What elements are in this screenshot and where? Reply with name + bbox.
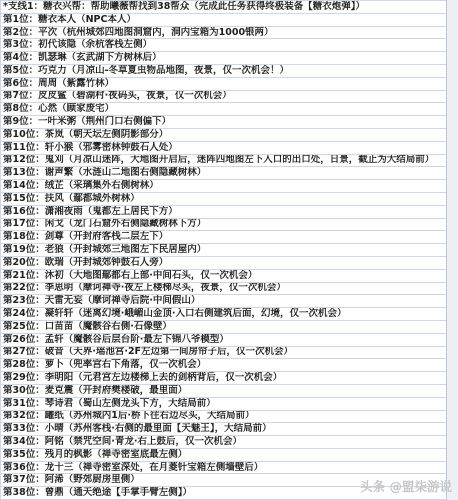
table-row: 第33位：小晴（苏州客栈·右侧的最里面【天魅王】，大结局前） [1,423,446,436]
table-row: 第16位：潇湘夜雨（鬼都左上居民下方） [1,206,446,219]
quest-header-text: *支线1：糖衣兴帮：帮助曦薇帮找到38帮众（完成此任务获得终极装备【糖衣炮弹】） [3,1,365,13]
table-row: 第14位：绒芷（采璃集外右侧树林） [1,180,446,193]
row-text: 第8位：心然（顾家废宅） [3,103,114,115]
table-row: 第5位：巧克力（月凉山-冬草夏虫物品地图，夜景，仅一次机会！） [1,65,446,78]
table-row: 第20位：欧瑞（开封城郊钟鼓石人旁） [1,257,446,270]
table-row: 第23位：天雷无妄（摩诃禅寺后院·中间假山） [1,295,446,308]
table-row: 第26位：孟轩（魔骸谷后层台阶·最左下锦八爷模型） [1,334,446,347]
table-header-row: *支线1：糖衣兴帮：帮助曦薇帮找到38帮众（完成此任务获得终极装备【糖衣炮弹】） [1,1,446,14]
row-text: 第32位：罐纸（苏州城内1后·桥下往右边尽头，大结局前） [3,411,254,423]
table-row: 第25位：口苗苗（魔骸谷右侧·石像壁） [1,321,446,334]
table-row: 第34位：阿铭（禁咒空间·青龙·右上鼓后，仅一次机会） [1,436,446,449]
row-text: 第34位：阿铭（禁咒空间·青龙·右上鼓后，仅一次机会） [3,436,242,448]
table-row: 第24位：凝轩轩（迷离幻境·峨嵋山金顶·入口右侧建筑后面，幻境，仅一次机会） [1,308,446,321]
table-row: 第37位：阿浠（野郊厨房里侧） [1,474,446,487]
row-text: 第3位：初代该隐（余杭客栈左侧） [3,39,152,51]
table-row: 第2位：平次（杭州城郊四地图洞窟内，洞内宝箱为1000银两） [1,27,446,40]
table-row: 第10位：茶岚（朝天坛左侧阴影部分） [1,129,446,142]
table-row: 第12位：鬼刈（月凉山迷阵，大地图开启后，迷阵四地图左下入口的出口处，日景，截止… [1,155,446,168]
table-row: 第13位：谢声繁（水涟山二地图右侧隐藏树林） [1,167,446,180]
row-text: 第24位：凝轩轩（迷离幻境·峨嵋山金顶·入口右侧建筑后面，幻境，仅一次机会） [3,308,346,320]
table-row: 第29位：李明阳（元君宫左边楼梯上去的剑柄背后，仅一次机会） [1,372,446,385]
row-text: 第29位：李明阳（元君宫左边楼梯上去的剑柄背后，仅一次机会） [3,372,282,384]
row-text: 第6位：周周（紫露竹林） [3,78,114,90]
row-text: 第16位：潇湘夜雨（鬼都左上居民下方） [3,206,178,218]
table-row: 第7位：皮皮鲨（碧湖村·夜码头，夜景，仅一次机会） [1,91,446,104]
row-text: 第10位：茶岚（朝天坛左侧阴影部分） [3,129,168,141]
row-text: 第25位：口苗苗（魔骸谷右侧·石像壁） [3,321,172,333]
row-text: 第28位：萝卜（兜率宫右下角落，仅一次机会） [3,359,206,371]
row-text: 第1位：糖衣本人（NPC本人） [3,14,136,26]
table-row: 第28位：萝卜（兜率宫右下角落，仅一次机会） [1,359,446,372]
table-row: 第31位：琴诗君（蜀山左侧龙头下方，大结局前） [1,398,446,411]
table-row: 第17位：闲戈（龙门石窟外右侧隐藏树林下方） [1,219,446,232]
row-text: 第31位：琴诗君（蜀山左侧龙头下方，大结局前） [3,398,216,410]
table-row: 第11位：轩小猴（邪雾密林钟鼓石人处） [1,142,446,155]
row-text: 第17位：闲戈（龙门石窟外右侧隐藏树林下方） [3,219,206,231]
table-row: 第19位：老狼（开封城郊三地图左下民居屋内） [1,244,446,257]
table-row: 第15位：扶风（鄢都城外树林） [1,193,446,206]
row-text: 第26位：孟轩（魔骸谷后层台阶·最左下锦八爷模型） [3,334,229,346]
table-row: 第38位：曾鼎（通天绝途【手掌手臂左侧】） [1,487,446,500]
table-row: 第21位：沐初（大地图鄢都右上部·中间石头，仅一次机会） [1,270,446,283]
guide-table-screenshot: *支线1：糖衣兴帮：帮助曦薇帮找到38帮众（完成此任务获得终极装备【糖衣炮弹】）… [0,0,458,500]
row-text: 第4位：凯瑟琳（玄武湖下方树林后） [3,52,162,64]
row-text: 第9位：一叶米粥（荆州门口右侧偏下） [3,116,171,128]
row-text: 第38位：曾鼎（通天绝途【手掌手臂左侧】） [3,487,192,499]
row-text: 第2位：平次（杭州城郊四地图洞窟内，洞内宝箱为1000银两） [3,27,274,39]
row-text: 第12位：鬼刈（月凉山迷阵，大地图开启后，迷阵四地图左下入口的出口处，日景，截止… [3,155,434,167]
table-row: 第9位：一叶米粥（荆州门口右侧偏下） [1,116,446,129]
row-text: 第23位：天雷无妄（摩诃禅寺后院·中间假山） [3,295,200,307]
table-row: 第30位：麦克震（开封府樊楼破，最里面） [1,385,446,398]
table-row: 第8位：心然（顾家废宅） [1,103,446,116]
row-text: 第36位：龙十三（禅寺密室深处，在月菱针宝箱左侧墙壁后） [3,462,263,474]
quest-member-table: *支线1：糖衣兴帮：帮助曦薇帮找到38帮众（完成此任务获得终极装备【糖衣炮弹】）… [0,0,446,500]
table-row: 第18位：剑尊（开封府客栈二层左下） [1,231,446,244]
row-text: 第37位：阿浠（野郊厨房里侧） [3,474,140,486]
row-text: 第11位：轩小猴（邪雾密林钟鼓石人处） [3,142,178,154]
row-text: 第14位：绒芷（采璃集外右侧树林） [3,180,159,192]
row-text: 第15位：扶风（鄢都城外树林） [3,193,140,205]
table-row: 第32位：罐纸（苏州城内1后·桥下往右边尽头，大结局前） [1,411,446,424]
row-text: 第18位：剑尊（开封府客栈二层左下） [3,231,168,243]
sheet-right-gutter [446,0,458,500]
row-text: 第30位：麦克震（开封府樊楼破，最里面） [3,385,187,397]
table-row: 第22位：李思明（摩诃禅寺·夜左上楼梯尽头，夜景，仅一次机会） [1,283,446,296]
row-text: 第27位：破音（天界·瑶池宫·2F左边第一间房帘子后，仅一次机会） [3,347,293,359]
table-row: 第3位：初代该隐（余杭客栈左侧） [1,39,446,52]
row-text: 第5位：巧克力（月凉山-冬草夏虫物品地图，夜景，仅一次机会！） [3,65,289,77]
table-row: 第6位：周周（紫露竹林） [1,78,446,91]
row-text: 第20位：欧瑞（开封城郊钟鼓石人旁） [3,257,168,269]
table-row: 第35位：残月的枫影（禅寺密室底最左侧） [1,449,446,462]
row-text: 第21位：沐初（大地图鄢都右上部·中间石头，仅一次机会） [3,270,257,282]
row-text: 第13位：谢声繁（水涟山二地图右侧隐藏树林） [3,167,206,179]
row-text: 第19位：老狼（开封城郊三地图左下民居屋内） [3,244,206,256]
table-row: 第1位：糖衣本人（NPC本人） [1,14,446,27]
table-row: 第4位：凯瑟琳（玄武湖下方树林后） [1,52,446,65]
row-text: 第35位：残月的枫影（禅寺密室底最左侧） [3,449,187,461]
row-text: 第33位：小晴（苏州客栈·右侧的最里面【天魅王】，大结局前） [3,423,272,435]
row-text: 第22位：李思明（摩诃禅寺·夜左上楼梯尽头，夜景，仅一次机会） [3,283,286,295]
table-row: 第27位：破音（天界·瑶池宫·2F左边第一间房帘子后，仅一次机会） [1,347,446,360]
row-text: 第7位：皮皮鲨（碧湖村·夜码头，夜景，仅一次机会） [3,91,232,103]
table-row: 第36位：龙十三（禅寺密室深处，在月菱针宝箱左侧墙壁后） [1,462,446,475]
